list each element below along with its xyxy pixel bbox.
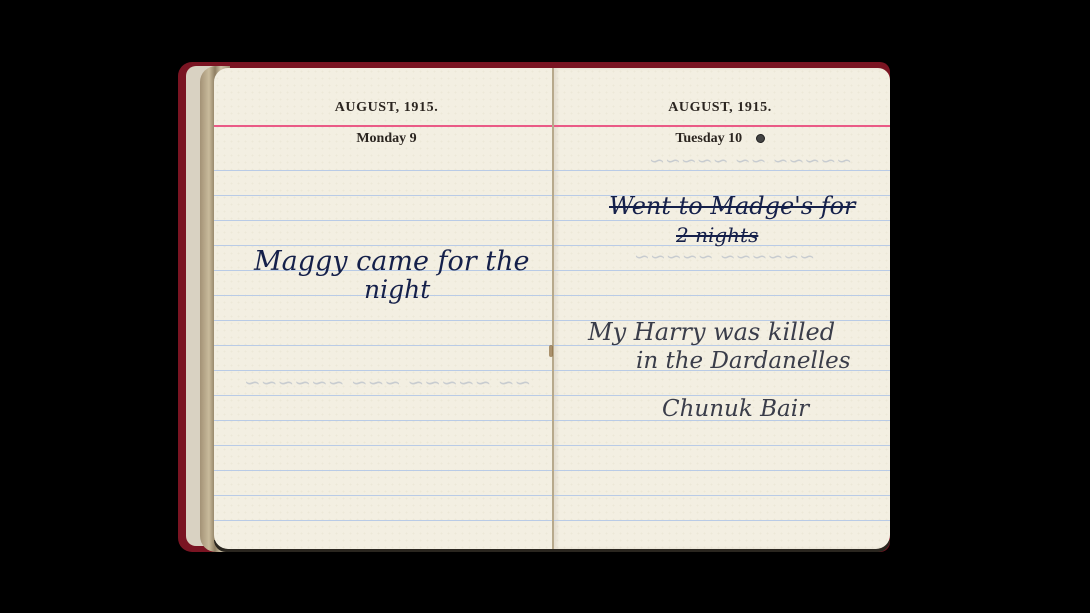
handwritten-entry-line3: Chunuk Bair <box>662 396 809 422</box>
ruled-line <box>214 195 553 196</box>
ruled-line <box>214 445 553 446</box>
ruled-line <box>214 420 553 421</box>
ruled-line <box>554 220 890 221</box>
bleed-through-text: ~~ ~~~~~ ~~~ ~~~~~~ <box>244 370 531 394</box>
handwritten-entry-line2: in the Dardanelles <box>636 348 851 374</box>
moon-phase-icon <box>756 134 765 143</box>
month-header: AUGUST, 1915. <box>554 100 890 116</box>
handwritten-entry-line2: night <box>364 275 430 304</box>
ruled-line <box>554 445 890 446</box>
month-header: AUGUST, 1915. <box>214 100 553 116</box>
ruled-line <box>554 295 890 296</box>
day-label: Tuesday <box>675 131 724 146</box>
handwritten-entry-line1: Maggy came for the <box>254 246 529 277</box>
struck-entry-line2: 2 nights <box>676 223 758 247</box>
day-header: Monday 9 <box>214 131 553 147</box>
bleed-through-text: ~~~~~ ~~ ~~~~~ <box>649 150 852 172</box>
ruled-line <box>554 270 890 271</box>
ruled-line <box>214 520 553 521</box>
red-rule <box>554 125 890 127</box>
day-header: Tuesday 10 <box>554 131 890 147</box>
ruled-line <box>214 220 553 221</box>
bleed-through-text: ~~~~~~ ~~~~~ <box>634 246 815 268</box>
red-rule <box>214 125 553 127</box>
pocket-diary-photo: AUGUST, 1915. Monday 9 Maggy came for th… <box>0 0 1090 613</box>
ruled-line <box>214 345 553 346</box>
handwritten-entry-line1: My Harry was killed <box>588 318 835 346</box>
binding-stitch <box>549 345 553 357</box>
ruled-line <box>214 320 553 321</box>
struck-entry-line1: Went to Madge's for <box>609 192 856 220</box>
left-page: AUGUST, 1915. Monday 9 Maggy came for th… <box>214 68 553 549</box>
ruled-line <box>554 495 890 496</box>
ruled-line <box>554 470 890 471</box>
day-number: 10 <box>728 131 742 146</box>
right-page: AUGUST, 1915. Tuesday 10 ~~~~~ ~~ ~~~~~ … <box>554 68 890 549</box>
ruled-line <box>214 395 553 396</box>
ruled-line <box>214 470 553 471</box>
ruled-line <box>554 520 890 521</box>
ruled-line <box>214 170 553 171</box>
ruled-line <box>214 495 553 496</box>
